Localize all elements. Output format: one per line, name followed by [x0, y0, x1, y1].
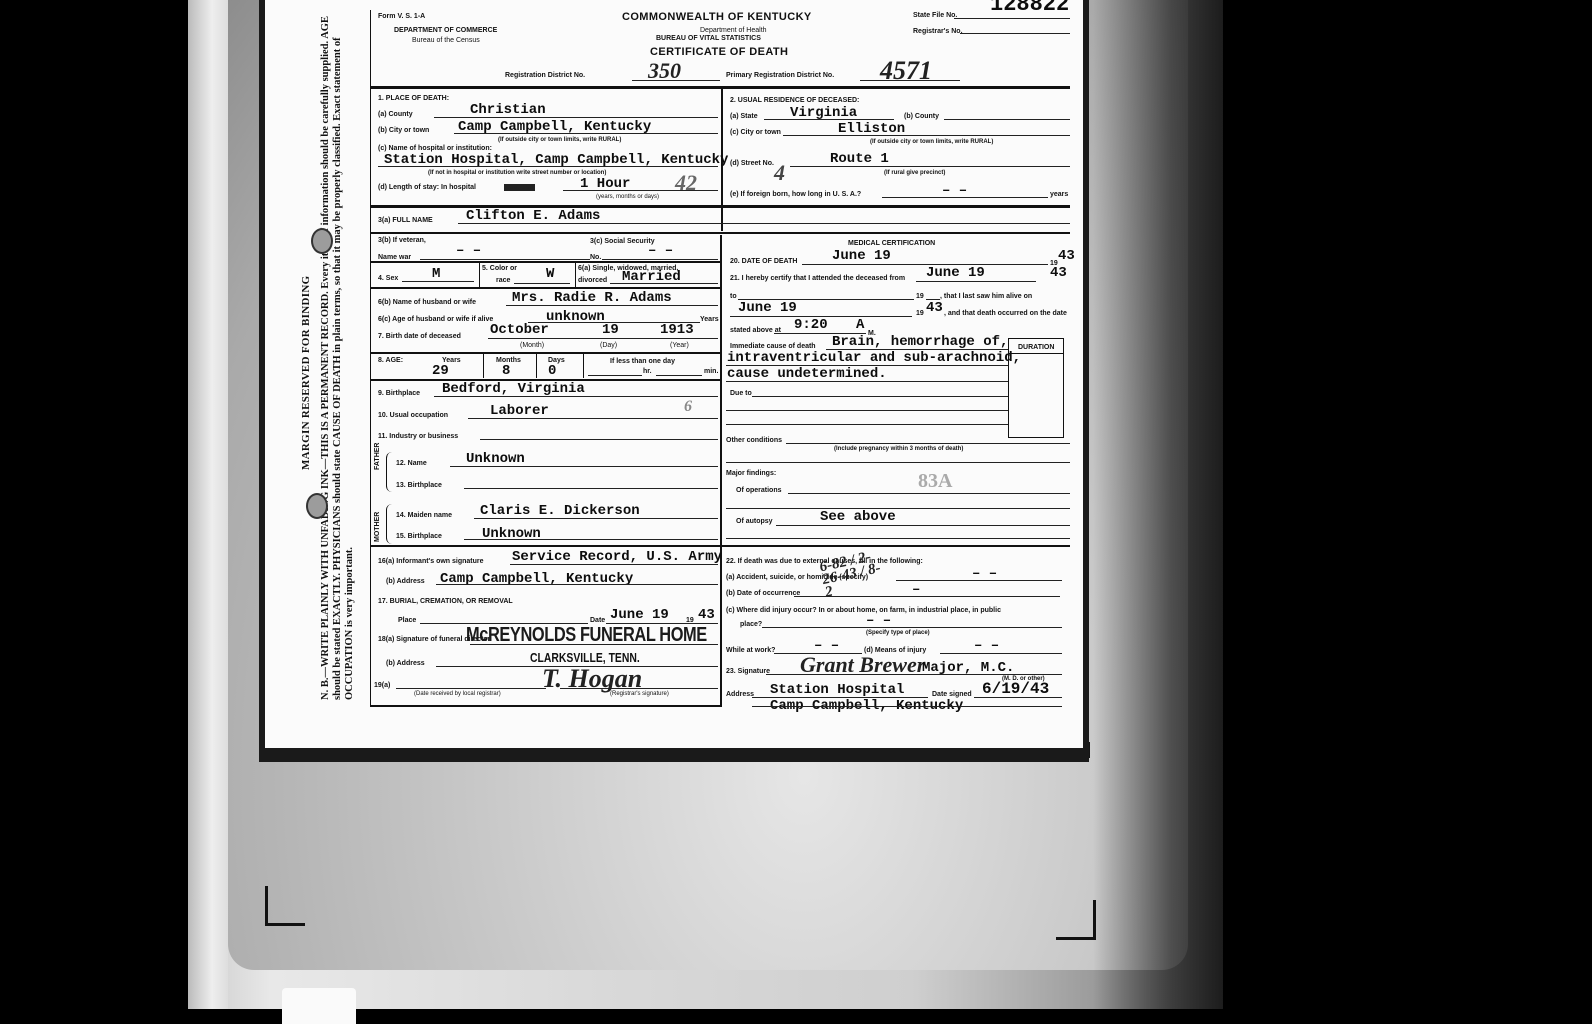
burial-place-label: Place	[398, 617, 416, 624]
other-conditions-label: Other conditions	[726, 437, 782, 444]
registrar-label: Registrar's No.	[913, 28, 963, 35]
burial-year: 43	[698, 607, 715, 623]
autopsy-label: Of autopsy	[736, 518, 773, 525]
mother-label: MOTHER	[374, 512, 381, 542]
commonwealth-title: COMMONWEALTH OF KENTUCKY	[622, 11, 812, 23]
war-label: Name war	[378, 254, 411, 261]
death-time: 9:20	[794, 317, 828, 333]
informant-signature: Service Record, U.S. Army	[512, 549, 722, 565]
sex-value: M	[432, 266, 440, 282]
last-saw-year-prefix: 19	[916, 310, 924, 317]
state-file-number: 128822	[990, 0, 1069, 17]
last-saw: June 19	[738, 300, 797, 316]
registrar-signature: T. Hogan	[542, 664, 642, 694]
age-label: 8. AGE:	[378, 357, 403, 364]
ssn-label: 3(c) Social Security	[590, 238, 655, 245]
attended-from: June 19	[926, 265, 985, 281]
major-findings-label: Major findings:	[726, 470, 776, 477]
father-name: Unknown	[466, 451, 525, 467]
res-street-note: (If rural give precinct)	[884, 170, 945, 176]
bureau-vital: BUREAU OF VITAL STATISTICS	[656, 35, 761, 42]
registrar-note: (Registrar's signature)	[610, 691, 669, 697]
dod-year: 43	[1058, 248, 1075, 264]
race-label-1: 5. Color or	[482, 265, 517, 272]
to-year-prefix: 19	[916, 293, 924, 300]
month-label: (Month)	[520, 342, 544, 349]
film-tab	[282, 988, 356, 1024]
birthplace-value: Bedford, Virginia	[442, 381, 585, 397]
mother-name: Claris E. Dickerson	[480, 503, 640, 519]
where-label: (c) Where did injury occur? In or about …	[726, 607, 1001, 614]
year-label: (Year)	[670, 342, 689, 349]
duration-label: DURATION	[1018, 344, 1054, 351]
pod-county: Christian	[470, 102, 546, 118]
other-conditions-note: (Include pregnancy within 3 months of de…	[834, 446, 963, 452]
birth-day: 19	[602, 322, 619, 338]
work-label: While at work?	[726, 647, 775, 654]
certifier-address-label: Address	[726, 691, 754, 698]
res-street-label: (d) Street No.	[730, 160, 774, 167]
veteran-label: 3(b) If veteran,	[378, 237, 426, 244]
less-day-label: If less than one day	[610, 358, 675, 365]
ssn-no-label: No.	[590, 254, 601, 261]
operations-mark: 83A	[918, 470, 952, 493]
crop-mark-bottom-right	[1056, 900, 1096, 940]
film-left-edge	[188, 0, 228, 1009]
operations-label: Of operations	[736, 487, 782, 494]
primary-reg-district-value: 4571	[880, 56, 932, 86]
dod-label: 20. DATE OF DEATH	[730, 258, 797, 265]
punch-hole-bottom	[306, 493, 328, 519]
film-right-shadow	[1093, 0, 1223, 1009]
race-label-2: race	[496, 277, 510, 284]
informant-address-label: (b) Address	[386, 578, 425, 585]
res-foreign-label: (e) If foreign born, how long in U. S. A…	[730, 191, 861, 198]
means-value: – –	[974, 638, 999, 654]
pod-stay-struck: xxxxxxxx	[504, 184, 535, 191]
birthplace-label: 9. Birthplace	[378, 390, 420, 397]
reg-district-label: Registration District No.	[505, 72, 585, 79]
dod-value: June 19	[832, 248, 891, 264]
death-ampm: A	[856, 317, 864, 333]
due-to-label: Due to	[730, 390, 752, 397]
cause-line-3: cause undetermined.	[727, 366, 887, 382]
margin-reserved-label: MARGIN RESERVED FOR BINDING	[300, 276, 312, 470]
dept-health: Department of Health	[700, 27, 767, 34]
cause-label: Immediate cause of death	[730, 343, 816, 350]
attended-from-year: 43	[1050, 265, 1067, 281]
res-city-label: (c) City or town	[730, 129, 781, 136]
pod-hand-mark: 42	[675, 170, 697, 196]
date-signed-value: 6/19/43	[982, 680, 1049, 698]
pod-city-note: (If outside city or town limits, write R…	[498, 137, 621, 143]
age-months: 8	[502, 363, 510, 379]
occurrence-label: (b) Date of occurrence	[726, 590, 800, 597]
mother-birthplace-label: 15. Birthplace	[396, 533, 442, 540]
autopsy-value: See above	[820, 509, 896, 525]
occupation-label: 10. Usual occupation	[378, 412, 448, 419]
crop-mark-bottom-left	[265, 886, 305, 926]
last-saw-year: 43	[926, 300, 943, 316]
spouse-value: Mrs. Radie R. Adams	[512, 290, 672, 306]
ssn-value: – –	[648, 243, 673, 259]
residence-heading: 2. USUAL RESIDENCE OF DECEASED:	[730, 97, 859, 104]
cause-line-2: intraventricular and sub-arachnoid,	[727, 350, 1021, 366]
where-place-note: (Specify type of place)	[866, 630, 930, 636]
burial-heading: 17. BURIAL, CREMATION, OR REMOVAL	[378, 598, 513, 605]
pod-stay-label: (d) Length of stay: In hospital	[378, 184, 476, 191]
res-foreign-unit: years	[1050, 191, 1068, 198]
father-name-label: 12. Name	[396, 460, 427, 467]
res-county-label: (b) County	[904, 113, 939, 120]
birth-month: October	[490, 322, 549, 338]
funeral-address: CLARKSVILLE, TENN.	[530, 650, 640, 665]
birth-date-label: 7. Birth date of deceased	[378, 333, 461, 340]
pod-city-label: (b) City or town	[378, 127, 429, 134]
funeral-address-label: (b) Address	[386, 660, 425, 667]
place-of-death-heading: 1. PLACE OF DEATH:	[378, 95, 449, 102]
informant-sig-label: 16(a) Informant's own signature	[378, 558, 484, 565]
medical-heading: MEDICAL CERTIFICATION	[848, 240, 935, 247]
to-label: to	[730, 293, 737, 300]
res-city-note: (If outside city or town limits, write R…	[870, 139, 993, 145]
primary-reg-district-label: Primary Registration District No.	[726, 72, 834, 79]
received-note: (Date received by local registrar)	[414, 691, 501, 697]
min-label: min.	[704, 368, 718, 375]
pod-county-label: (a) County	[378, 111, 413, 118]
where-place-label: place?	[740, 621, 762, 628]
pod-institution-label: (c) Name of hospital or institution:	[378, 145, 492, 152]
age-years: 29	[432, 363, 449, 379]
certifier-address-line1: Station Hospital	[770, 682, 904, 698]
sex-label: 4. Sex	[378, 275, 398, 282]
form-number: Form V. S. 1-A	[378, 13, 425, 20]
certifier-sig-label: 23. Signature	[726, 668, 770, 675]
last-saw-label: , that I last saw him alive on	[940, 293, 1032, 300]
certificate-title: CERTIFICATE OF DEATH	[650, 46, 788, 58]
spouse-age-label: 6(c) Age of husband or wife if alive	[378, 316, 493, 323]
war-value: – –	[456, 243, 481, 259]
spouse-label: 6(b) Name of husband or wife	[378, 299, 476, 306]
mother-name-label: 14. Maiden name	[396, 512, 452, 519]
industry-label: 11. Industry or business	[378, 433, 458, 440]
res-hand-mark: 4	[774, 160, 785, 186]
occupation-mark: 6	[684, 398, 692, 416]
occupation-value: Laborer	[490, 403, 549, 419]
state-file-label: State File No.	[913, 12, 957, 19]
hr-label: hr.	[643, 368, 652, 375]
certify-label: 21. I hereby certify that I attended the…	[730, 275, 905, 282]
received-label: 19(a)	[374, 682, 390, 689]
marital-label-2: divorced	[578, 277, 607, 284]
day-label: (Day)	[600, 342, 617, 349]
cause-line-1: Brain, hemorrhage of,	[832, 334, 1008, 350]
burial-date: June 19	[610, 607, 669, 623]
race-value: W	[546, 266, 554, 282]
age-days: 0	[548, 363, 556, 379]
occurred-label: , and that death occurred on the date	[944, 310, 1067, 317]
date-signed-label: Date signed	[932, 691, 972, 698]
full-name: Clifton E. Adams	[466, 208, 600, 224]
pod-stay-note: (years, months or days)	[596, 194, 659, 200]
father-label: FATHER	[374, 443, 381, 470]
dept-commerce: DEPARTMENT OF COMMERCE	[394, 27, 497, 34]
spouse-age-unit: Years	[700, 316, 719, 323]
res-state-label: (a) State	[730, 113, 758, 120]
punch-hole-top	[311, 228, 333, 254]
birth-year: 1913	[660, 322, 694, 338]
res-street: Route 1	[830, 151, 889, 167]
full-name-label: 3(a) FULL NAME	[378, 217, 433, 224]
bureau-census: Bureau of the Census	[412, 37, 480, 44]
margin-instructions: N. B.—WRITE PLAINLY WITH UNFADING INK—TH…	[320, 10, 356, 700]
burial-date-label: Date	[590, 617, 605, 624]
father-birthplace-label: 13. Birthplace	[396, 482, 442, 489]
